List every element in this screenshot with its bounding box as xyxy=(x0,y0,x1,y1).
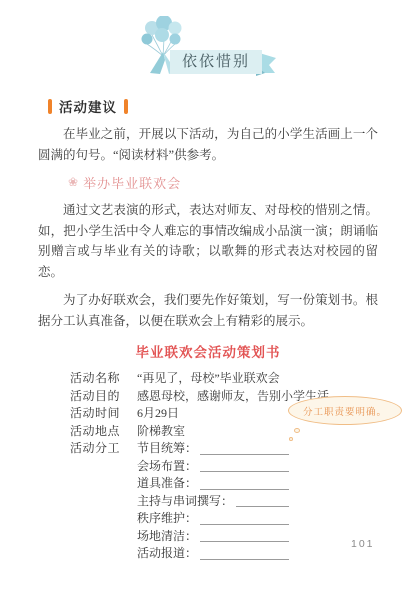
blank-line xyxy=(200,528,289,543)
thought-bubble: 分工职责要明确。 xyxy=(288,396,402,425)
body-paragraph: 通过文艺表演的形式，表达对师友、对母校的惜别之情。如，把小学生活中令人难忘的事情… xyxy=(38,200,378,282)
blank-line xyxy=(200,475,289,490)
chapter-banner: 依依惜别 xyxy=(0,0,415,94)
intro-paragraph: 在毕业之前，开展以下活动，为自己的小学生活画上一个圆满的句号。“阅读材料”供参考… xyxy=(38,124,378,165)
blank-line xyxy=(200,458,289,473)
flower-icon: ❀ xyxy=(68,175,79,190)
division-item-label: 主持与串词撰写： xyxy=(137,493,233,511)
section-header: 活动建议 xyxy=(48,96,378,116)
plan-row-label: 活动分工 xyxy=(70,440,122,563)
thought-bubble-dot xyxy=(289,437,293,441)
plan-row-value: “再见了，母校”毕业联欢会 xyxy=(137,370,280,388)
thought-bubble-dot xyxy=(294,428,300,433)
plan-row-label: 活动名称 xyxy=(70,370,122,388)
body-paragraph: 为了办好联欢会，我们要先作好策划，写一份策划书。根据分工认真准备，以便在联欢会上… xyxy=(38,290,378,331)
thought-bubble-text: 分工职责要明确。 xyxy=(303,404,387,418)
division-item-label: 会场布置： xyxy=(137,458,197,476)
division-item-label: 活动报道： xyxy=(137,545,197,563)
plan-row-value: 阶梯教室 xyxy=(137,423,185,441)
accent-bar-right-icon xyxy=(124,99,128,114)
plan-sheet-title: 毕业联欢会活动策划书 xyxy=(38,341,378,361)
page-number: 101 xyxy=(351,538,375,550)
blank-line xyxy=(236,493,289,508)
plan-division-row: 活动分工 节目统筹： 会场布置： 道具准备： 主持与串 xyxy=(70,440,378,563)
division-item: 节目统筹： xyxy=(137,440,289,458)
division-item: 会场布置： xyxy=(137,458,289,476)
plan-row-label: 活动时间 xyxy=(70,405,122,423)
division-item: 活动报道： xyxy=(137,545,289,563)
plan-row-label: 活动目的 xyxy=(70,388,122,406)
chapter-title: 依依惜别 xyxy=(170,50,262,74)
blank-line xyxy=(200,510,289,525)
subsection-heading: ❀ 举办毕业联欢会 xyxy=(68,173,378,192)
division-item: 道具准备： xyxy=(137,475,289,493)
division-item-label: 道具准备： xyxy=(137,475,197,493)
division-items: 节目统筹： 会场布置： 道具准备： 主持与串词撰写： xyxy=(137,440,289,563)
balloons xyxy=(142,16,182,45)
subsection-title: 举办毕业联欢会 xyxy=(83,173,181,192)
division-item-label: 节目统筹： xyxy=(137,440,197,458)
division-item: 主持与串词撰写： xyxy=(137,493,289,511)
blank-line xyxy=(200,440,289,455)
textbook-page: 依依惜别 活动建议 在毕业之前，开展以下活动，为自己的小学生活画上一个圆满的句号… xyxy=(0,0,415,592)
division-item: 场地清洁： xyxy=(137,528,289,546)
plan-row-label: 活动地点 xyxy=(70,423,122,441)
division-item-label: 场地清洁： xyxy=(137,528,197,546)
division-item-label: 秩序维护： xyxy=(137,510,197,528)
plan-row: 活动地点 阶梯教室 xyxy=(70,423,378,441)
page-content: 活动建议 在毕业之前，开展以下活动，为自己的小学生活画上一个圆满的句号。“阅读材… xyxy=(0,96,415,563)
plan-row: 活动名称 “再见了，母校”毕业联欢会 xyxy=(70,370,378,388)
plan-row-value: 6月29日 xyxy=(137,405,179,423)
division-item: 秩序维护： xyxy=(137,510,289,528)
bouquet-tail xyxy=(150,52,165,74)
accent-bar-left-icon xyxy=(48,99,52,114)
section-title: 活动建议 xyxy=(59,96,117,116)
blank-line xyxy=(200,545,289,560)
